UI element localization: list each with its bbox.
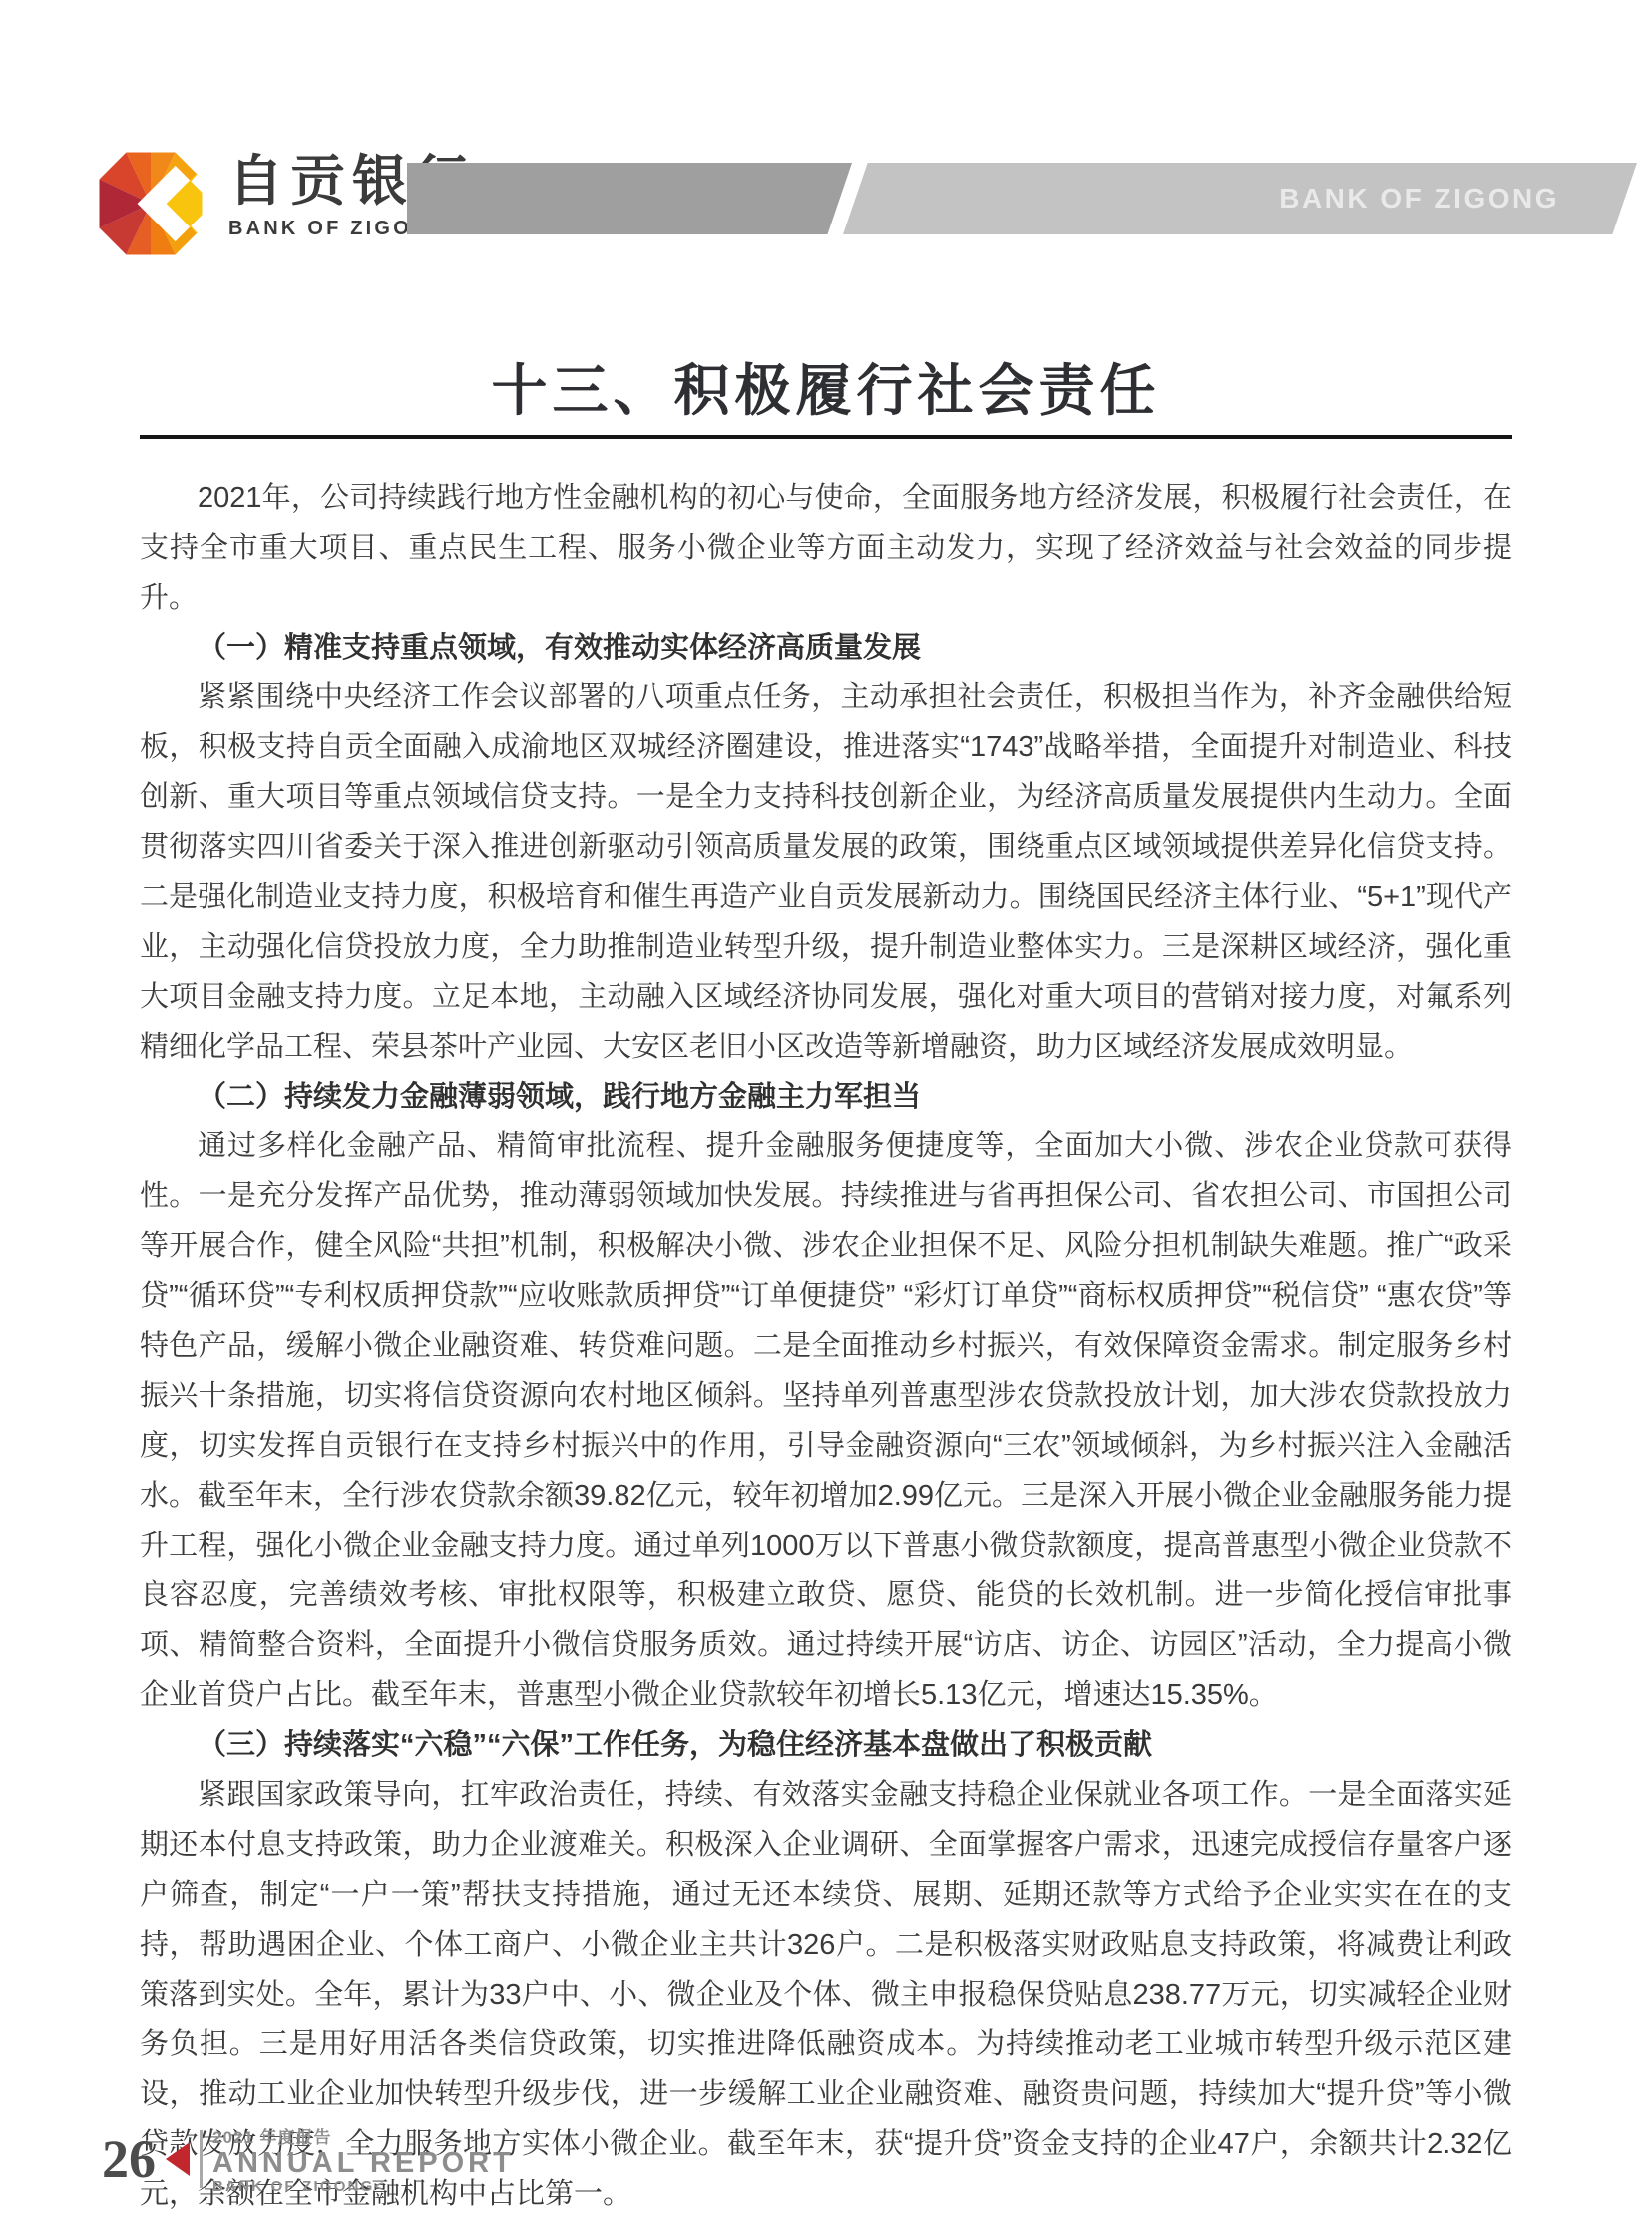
- chapter-title: 十三、积极履行社会责任: [0, 347, 1652, 427]
- footer-divider: [200, 2130, 203, 2188]
- page-footer: 26 2021 年度报告 ANNUAL REPORT BANK OF ZIGON…: [102, 2123, 515, 2195]
- section-heading-3: （三）持续落实“六稳”“六保”工作任务，为稳住经济基本盘做出了积极贡献: [140, 1720, 1512, 1770]
- document-body: 2021年，公司持续践行地方性金融机构的初心与使命，全面服务地方经济发展，积极履…: [140, 473, 1512, 2219]
- header-banner-dark-segment: [407, 163, 852, 234]
- title-underline-rule: [140, 435, 1512, 439]
- footer-report-label: 2021 年度报告 ANNUAL REPORT BANK OF ZIGONG<: [212, 2123, 515, 2195]
- section-heading-2: （二）持续发力金融薄弱领域，践行地方金融主力军担当: [140, 1072, 1512, 1121]
- header-banner-light-segment: BANK OF ZIGONG: [843, 163, 1637, 234]
- bank-logo-gem-icon: [95, 148, 206, 259]
- footer-red-triangle-icon: [166, 2142, 190, 2176]
- paragraph-intro: 2021年，公司持续践行地方性金融机构的初心与使命，全面服务地方经济发展，积极履…: [140, 473, 1512, 623]
- footer-report-cn: 2021 年度报告: [212, 2123, 515, 2148]
- page-header: 自贡银行 BANK OF ZIGONG BANK OF ZIGONG: [0, 0, 1652, 279]
- paragraph-section-1: 紧紧围绕中央经济工作会议部署的八项重点任务，主动承担社会责任，积极担当作为，补齐…: [140, 672, 1512, 1072]
- report-page: { "header": { "logo_cn": "自贡银行", "logo_e…: [0, 0, 1652, 2240]
- footer-report-en: ANNUAL REPORT: [212, 2148, 515, 2178]
- section-heading-1: （一）精准支持重点领域，有效推动实体经济高质量发展: [140, 623, 1512, 672]
- footer-bank-en: BANK OF ZIGONG<: [212, 2178, 515, 2195]
- page-number: 26: [102, 2132, 156, 2186]
- header-banner-label: BANK OF ZIGONG: [1279, 183, 1559, 215]
- paragraph-section-2: 通过多样化金融产品、精简审批流程、提升金融服务便捷度等，全面加大小微、涉农企业贷…: [140, 1121, 1512, 1720]
